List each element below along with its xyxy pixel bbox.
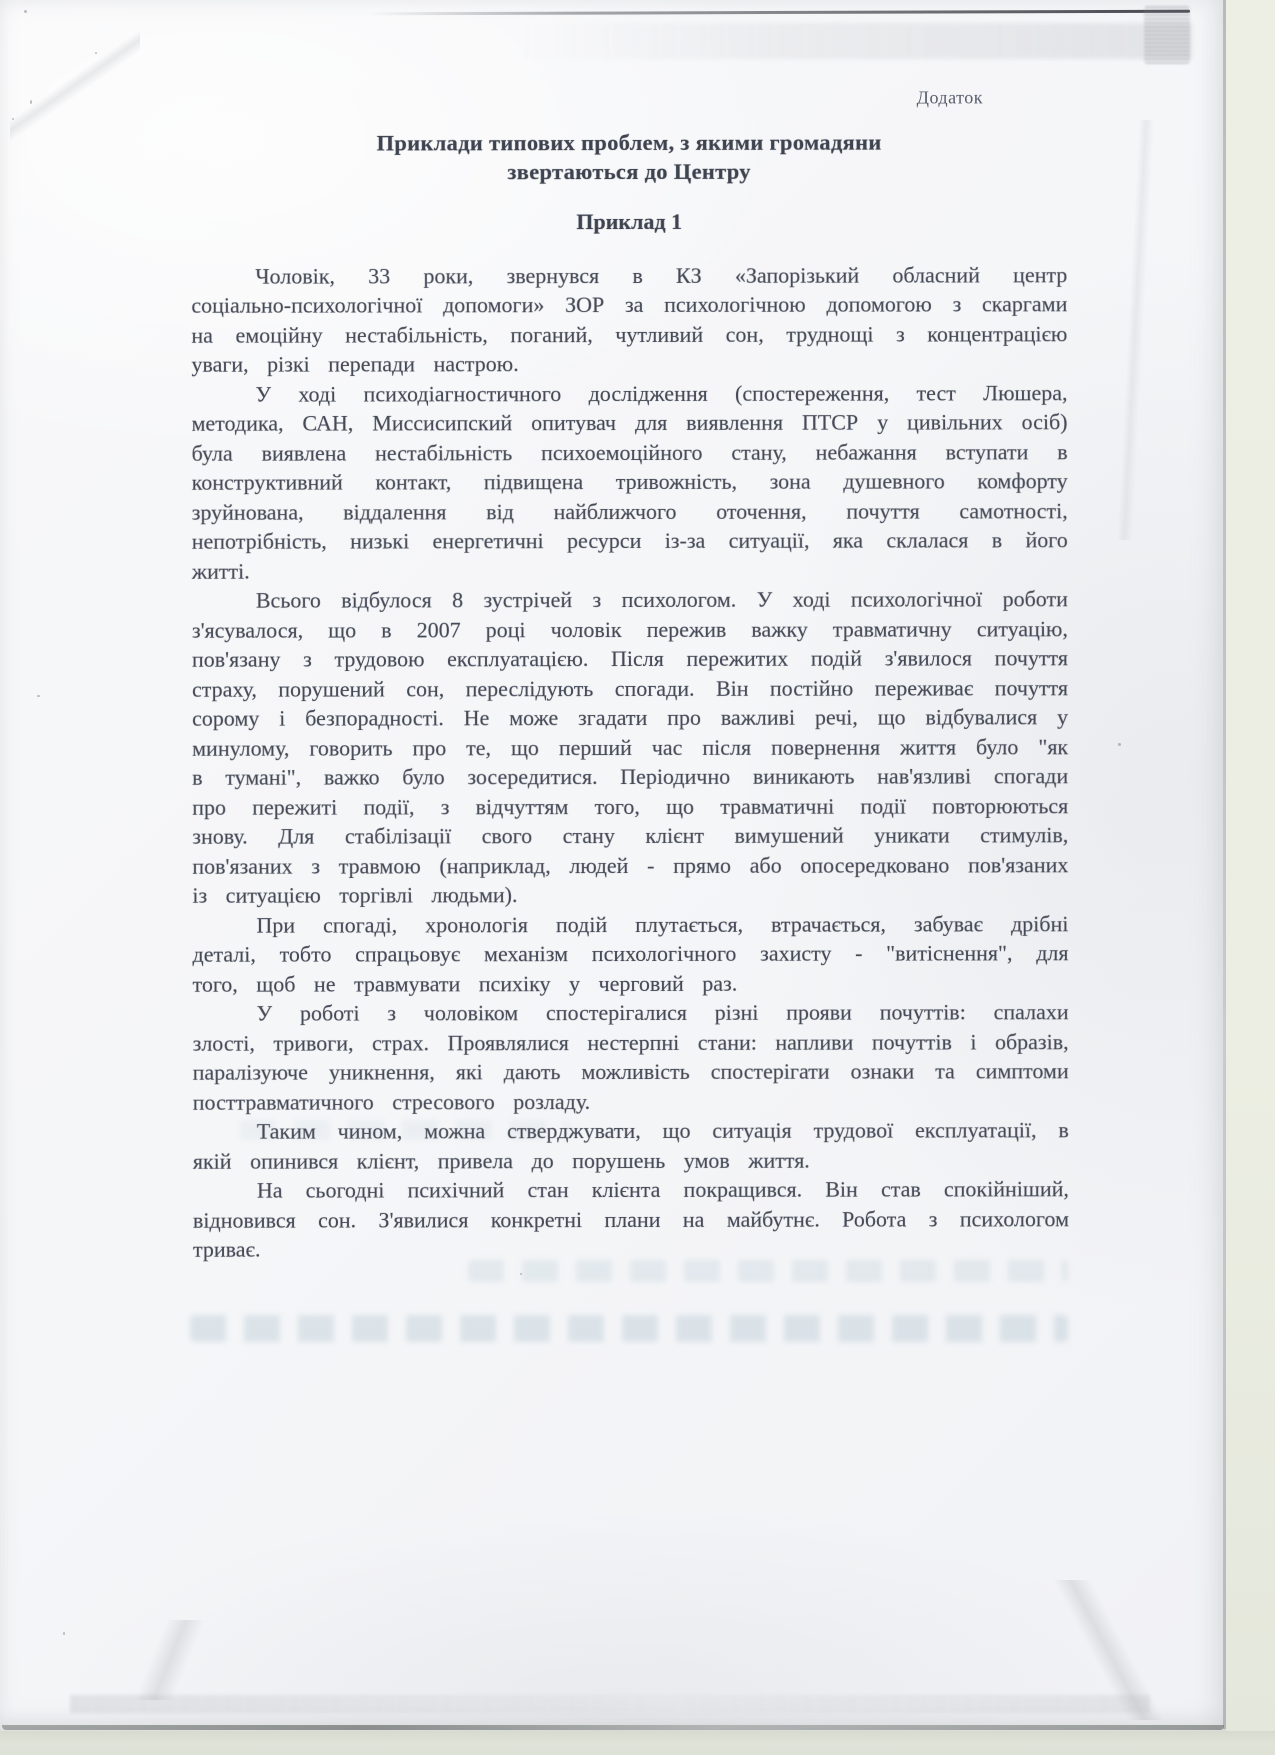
appendix-label: Додаток [917, 83, 983, 113]
scanner-background-bottom [0, 1731, 1275, 1755]
paper-right-edge [1223, 0, 1226, 1729]
paper-bottom-edge [2, 1725, 1224, 1730]
paragraph: При спогаді, хронологія подій плутається… [192, 909, 1068, 999]
document-content: Додаток Приклади типових проблем, з яким… [191, 83, 1069, 1264]
scan-stage: Додаток Приклади типових проблем, з яким… [0, 0, 1275, 1755]
scan-artifact-grey-band [520, 23, 1192, 59]
paragraph: Чоловік, 33 роки, звернувся в КЗ «Запорі… [191, 260, 1067, 380]
document-title-line-1: Приклади типових проблем, з якими громад… [191, 127, 1067, 158]
scan-speck [95, 52, 97, 54]
paragraph: У роботі з чоловіком спостерігалися різн… [193, 997, 1069, 1117]
scan-speck [30, 100, 32, 104]
scan-speck [1118, 743, 1121, 746]
bleed-through-text [190, 1315, 1068, 1342]
document-title-line-2: звертаються до Центру [191, 156, 1067, 187]
paragraph: Таким чином, можна стверджувати, що ситу… [193, 1115, 1069, 1176]
paragraph: У ході психодіагностичного дослідження (… [191, 378, 1067, 586]
paragraph: Всього відбулося 8 зустрічей з психолого… [192, 584, 1069, 910]
example-heading: Приклад 1 [191, 206, 1067, 237]
scanner-background-right [1226, 0, 1275, 1755]
scan-speck [12, 118, 14, 120]
paragraph: На сьогодні психічний стан клієнта покра… [193, 1174, 1069, 1264]
scan-speck [63, 1632, 65, 1635]
document-body: Чоловік, 33 роки, звернувся в КЗ «Запорі… [191, 260, 1069, 1265]
document-title: Приклади типових проблем, з якими громад… [191, 127, 1067, 187]
scan-speck [37, 695, 40, 697]
scan-speck [24, 10, 27, 13]
